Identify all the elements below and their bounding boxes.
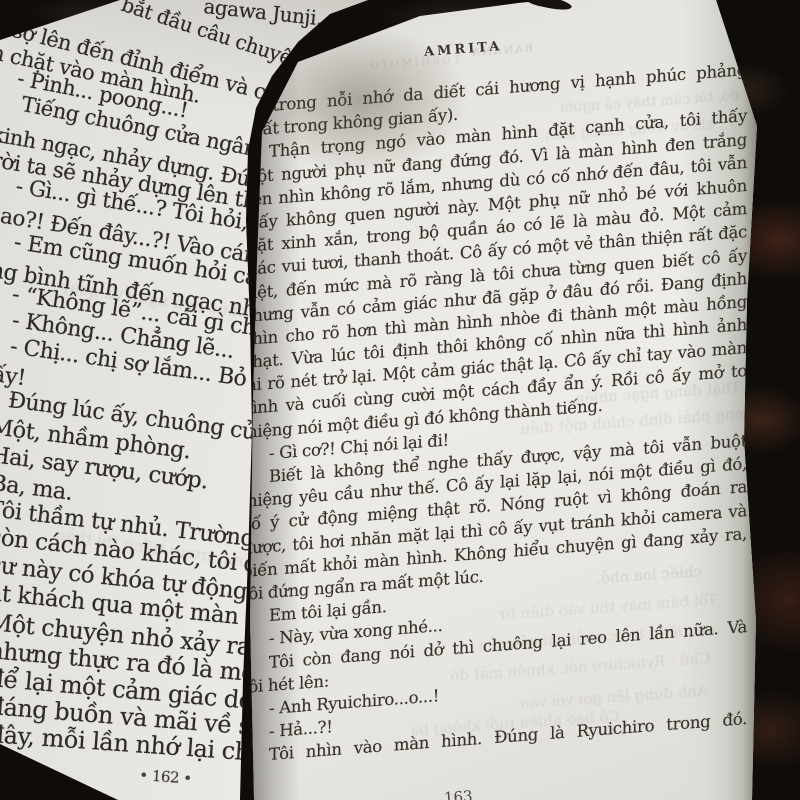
text-line: ấy!	[0, 362, 27, 391]
left-page-number: • 162 •	[139, 766, 193, 788]
right-page-number: 163	[443, 787, 473, 800]
book-photo: { "book": { "right_page": { "header": "A…	[0, 0, 800, 800]
